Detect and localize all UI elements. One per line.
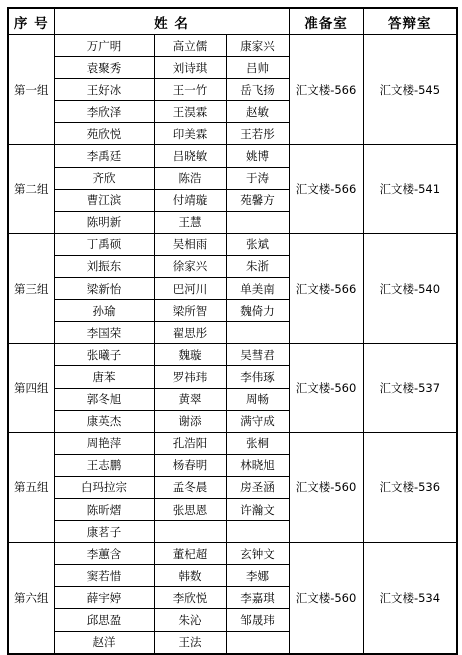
name-cell: 巴河川 [154,278,226,300]
name-cell: 朱沁 [154,609,226,631]
name-cell: 李国荣 [54,322,154,344]
prep-room-cell: 汇文楼-560 [289,543,363,654]
name-cell: 魏倚力 [226,300,289,322]
name-cell: 朱浙 [226,255,289,277]
name-cell: 周畅 [226,388,289,410]
name-cell: 李蕙含 [54,543,154,565]
name-cell: 张斌 [226,233,289,255]
prep-room-cell: 汇文楼-566 [289,233,363,343]
name-cell: 赵洋 [54,631,154,654]
name-cell: 王慧 [154,211,226,233]
defense-group-roster-table: 序 号 姓 名 准备室 答辩室 第一组万广明高立儒康家兴汇文楼-566汇文楼-5… [7,7,458,655]
name-cell: 苑欣悦 [54,123,154,145]
name-cell: 魏璇 [154,344,226,366]
defense-room-cell: 汇文楼-537 [363,344,457,432]
name-cell: 窦若惜 [54,565,154,587]
name-cell: 郭冬旭 [54,388,154,410]
name-cell: 李伟琢 [226,366,289,388]
name-cell: 杨春明 [154,454,226,476]
name-cell: 李娜 [226,565,289,587]
name-cell: 陈明新 [54,211,154,233]
name-cell: 韩数 [154,565,226,587]
name-cell [226,521,289,543]
name-cell: 王一竹 [154,79,226,101]
name-cell: 许瀚文 [226,498,289,520]
name-cell: 康英杰 [54,410,154,432]
name-cell [226,322,289,344]
name-cell: 唐苯 [54,366,154,388]
name-cell: 王志鹏 [54,454,154,476]
name-cell: 翟思彤 [154,322,226,344]
name-cell: 于涛 [226,167,289,189]
roster-row: 第六组李蕙含董杞超玄钟文汇文楼-560汇文楼-534 [8,543,457,565]
name-cell: 陈浩 [154,167,226,189]
name-cell: 吕帅 [226,57,289,79]
name-cell: 徐家兴 [154,255,226,277]
name-cell: 邱思盈 [54,609,154,631]
name-cell [226,211,289,233]
prep-room-cell: 汇文楼-560 [289,432,363,542]
name-cell: 玄钟文 [226,543,289,565]
name-cell: 张曦子 [54,344,154,366]
name-cell: 董杞超 [154,543,226,565]
name-cell: 王若彤 [226,123,289,145]
name-cell: 吕晓敏 [154,145,226,167]
group-label: 第四组 [8,344,54,432]
name-cell: 梁新怡 [54,278,154,300]
defense-room-cell: 汇文楼-534 [363,543,457,654]
name-cell: 邹晟玮 [226,609,289,631]
name-cell: 姚博 [226,145,289,167]
name-cell: 高立儒 [154,35,226,57]
name-cell [154,521,226,543]
name-cell: 李欣悦 [154,587,226,609]
name-cell: 张思恩 [154,498,226,520]
name-cell: 万广明 [54,35,154,57]
name-cell: 付靖璇 [154,189,226,211]
name-cell: 丁禹硕 [54,233,154,255]
name-cell: 单美南 [226,278,289,300]
name-cell: 李禹廷 [54,145,154,167]
prep-room-cell: 汇文楼-566 [289,35,363,145]
header-row: 序 号 姓 名 准备室 答辩室 [8,8,457,35]
group-label: 第三组 [8,233,54,343]
header-prep-room: 准备室 [289,8,363,35]
roster-row: 第一组万广明高立儒康家兴汇文楼-566汇文楼-545 [8,35,457,57]
name-cell: 袁聚秀 [54,57,154,79]
name-cell: 王法 [154,631,226,654]
defense-room-cell: 汇文楼-536 [363,432,457,542]
name-cell: 刘诗琪 [154,57,226,79]
group-label: 第六组 [8,543,54,654]
group-label: 第五组 [8,432,54,542]
name-cell: 李欣泽 [54,101,154,123]
name-cell: 赵敏 [226,101,289,123]
name-cell: 印美霖 [154,123,226,145]
group-label: 第二组 [8,145,54,233]
defense-room-cell: 汇文楼-540 [363,233,457,343]
roster-row: 第四组张曦子魏璇吴彗君汇文楼-560汇文楼-537 [8,344,457,366]
name-cell: 齐欣 [54,167,154,189]
document-page: 序 号 姓 名 准备室 答辩室 第一组万广明高立儒康家兴汇文楼-566汇文楼-5… [0,0,462,633]
name-cell: 周艳萍 [54,432,154,454]
name-cell: 薛宇婷 [54,587,154,609]
name-cell [226,631,289,654]
name-cell: 苑馨方 [226,189,289,211]
name-cell: 孟冬晨 [154,476,226,498]
name-cell: 罗祎玮 [154,366,226,388]
header-index: 序 号 [8,8,54,35]
header-name: 姓 名 [54,8,289,35]
name-cell: 刘振东 [54,255,154,277]
name-cell: 吴彗君 [226,344,289,366]
name-cell: 张桐 [226,432,289,454]
roster-row: 第三组丁禹硕吴相雨张斌汇文楼-566汇文楼-540 [8,233,457,255]
name-cell: 孙瑜 [54,300,154,322]
roster-row: 第五组周艳萍孔浩阳张桐汇文楼-560汇文楼-536 [8,432,457,454]
name-cell: 李嘉琪 [226,587,289,609]
name-cell: 岳飞扬 [226,79,289,101]
name-cell: 王好冰 [54,79,154,101]
name-cell: 王淏霖 [154,101,226,123]
defense-room-cell: 汇文楼-545 [363,35,457,145]
name-cell: 满守成 [226,410,289,432]
name-cell: 黄翠 [154,388,226,410]
defense-room-cell: 汇文楼-541 [363,145,457,233]
name-cell: 房圣涵 [226,476,289,498]
header-defense-room: 答辩室 [363,8,457,35]
roster-row: 第二组李禹廷吕晓敏姚博汇文楼-566汇文楼-541 [8,145,457,167]
name-cell: 谢添 [154,410,226,432]
name-cell: 孔浩阳 [154,432,226,454]
name-cell: 白玛拉宗 [54,476,154,498]
name-cell: 林晓旭 [226,454,289,476]
name-cell: 吴相雨 [154,233,226,255]
name-cell: 曹江滨 [54,189,154,211]
name-cell: 梁所智 [154,300,226,322]
group-label: 第一组 [8,35,54,145]
name-cell: 陈昕熠 [54,498,154,520]
prep-room-cell: 汇文楼-566 [289,145,363,233]
name-cell: 康茗子 [54,521,154,543]
prep-room-cell: 汇文楼-560 [289,344,363,432]
name-cell: 康家兴 [226,35,289,57]
